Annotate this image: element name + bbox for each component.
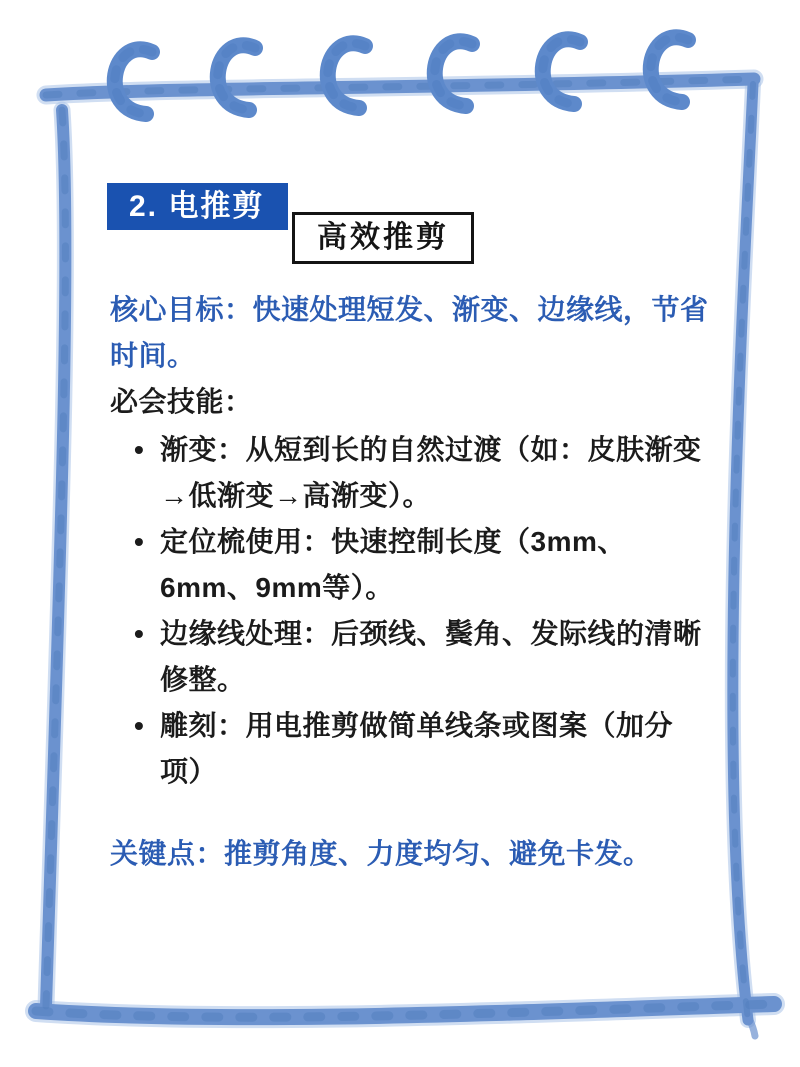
bullet-dot-icon: • — [134, 611, 144, 657]
skill-text: 边缘线处理：后颈线、鬓角、发际线的清晰修整。 — [160, 618, 702, 695]
list-item: • 渐变：从短到长的自然过渡（如：皮肤渐变→低渐变→高渐变）。 — [110, 427, 710, 519]
bullet-dot-icon: • — [134, 427, 144, 473]
list-item: • 雕刻：用电推剪做简单线条或图案（加分项） — [110, 703, 710, 795]
skill-text: 定位梳使用：快速控制长度（3mm、6mm、9mm等）。 — [160, 526, 626, 603]
list-item: • 定位梳使用：快速控制长度（3mm、6mm、9mm等）。 — [110, 519, 710, 611]
bullet-dot-icon: • — [134, 519, 144, 565]
skills-list: • 渐变：从短到长的自然过渡（如：皮肤渐变→低渐变→高渐变）。 • 定位梳使用：… — [110, 427, 710, 795]
note-body: 核心目标：快速处理短发、渐变、边缘线，节省时间。 必会技能： • 渐变：从短到长… — [110, 287, 710, 877]
bullet-dot-icon: • — [134, 703, 144, 749]
skill-text: 渐变：从短到长的自然过渡（如：皮肤渐变→低渐变→高渐变）。 — [160, 434, 702, 511]
key-point-text: 关键点：推剪角度、力度均匀、避免卡发。 — [110, 831, 710, 877]
note-page: 2. 电推剪 高效推剪 核心目标：快速处理短发、渐变、边缘线，节省时间。 必会技… — [0, 0, 800, 1067]
section-badge: 2. 电推剪 — [107, 183, 288, 230]
boxed-subtitle: 高效推剪 — [292, 212, 474, 264]
list-item: • 边缘线处理：后颈线、鬓角、发际线的清晰修整。 — [110, 611, 710, 703]
skills-label: 必会技能： — [110, 379, 710, 425]
skill-text: 雕刻：用电推剪做简单线条或图案（加分项） — [160, 710, 673, 787]
core-goal-text: 核心目标：快速处理短发、渐变、边缘线，节省时间。 — [110, 287, 710, 379]
